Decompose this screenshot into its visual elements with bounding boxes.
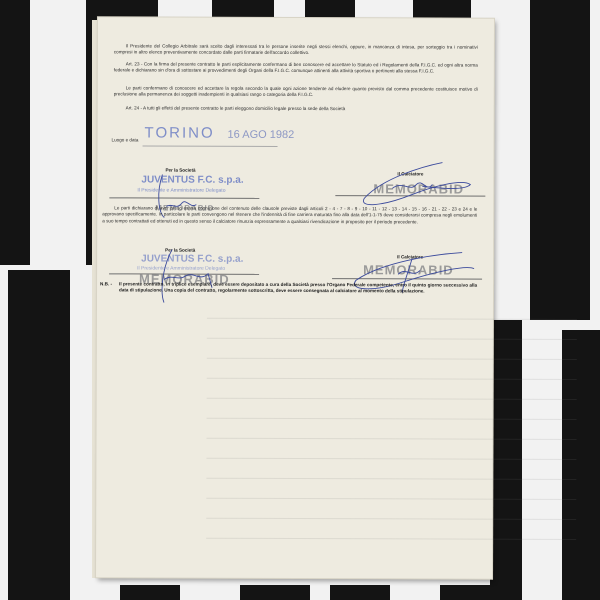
society-signature-2 xyxy=(142,247,232,307)
paragraph-rule: Le parti confermano di conoscere ed acce… xyxy=(114,85,478,99)
place-date-label: Luogo e data xyxy=(112,137,139,143)
contract-page: Il Presidente del Collegio Arbitrale sar… xyxy=(96,17,494,578)
date-stamp: 16 AGO 1982 xyxy=(228,129,295,141)
place-stamp: TORINO xyxy=(145,124,215,141)
nb-text: Il presente contratto, in triplice esemp… xyxy=(119,281,477,295)
paragraph-arbitration: Il Presidente del Collegio Arbitrale sar… xyxy=(114,43,478,57)
paragraph-art-24: Art. 24 - A tutti gli effetti del presen… xyxy=(114,105,478,113)
nb-label: N.B. - xyxy=(100,281,112,287)
paragraph-art-23: Art. 23 - Con la firma del presente cont… xyxy=(114,61,478,75)
paragraph-clauses: Le parti dichiarano di aver preso esatta… xyxy=(102,205,477,226)
